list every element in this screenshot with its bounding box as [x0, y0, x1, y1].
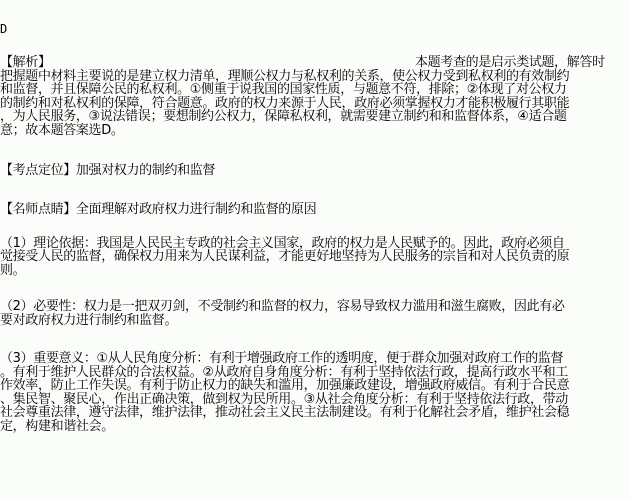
section-3-line: 定，构建和谐社会。	[0, 420, 114, 434]
section-1-line: 则。	[0, 264, 25, 278]
section-2-line: 要对政府权力进行制约和监督。	[0, 314, 177, 328]
section-3-line: （3）重要意义：①从人民角度分析：有利于增强政府工作的透明度，便于群众加强对政府…	[0, 352, 563, 366]
answer-document: D 【解析】 本题考查的是启示类试题，解答时 把握题中材料主要说的是建立权力清单…	[0, 0, 630, 500]
analysis-header-line: 【解析】 本题考查的是启示类试题，解答时	[0, 56, 51, 70]
analysis-line: 意；故本题答案选D。	[0, 124, 124, 138]
answer-choice: D	[0, 22, 7, 36]
teacher-note-text: 全面理解对政府权力进行制约和监督的原因	[76, 202, 316, 217]
teacher-note-line: 【名师点睛】全面理解对政府权力进行制约和监督的原因	[0, 203, 316, 217]
section-3-line: 社会尊重法律，遵守法律，维护法律，推动社会主义民主法制建设。有利于化解社会矛盾，…	[0, 406, 569, 420]
section-2-line: （2）必要性：权力是一把双刃剑，不受制约和监督的权力，容易导致权力滥用和滋生腐败…	[0, 300, 565, 314]
exam-point-header: 【考点定位】	[0, 163, 76, 178]
analysis-header: 【解析】	[0, 55, 51, 70]
section-1-line: 觉接受人民的监督，确保权力用来为人民谋利益，才能更好地坚持为人民服务的宗旨和对人…	[0, 250, 569, 264]
exam-point-line: 【考点定位】加强对权力的制约和监督	[0, 164, 215, 178]
section-3-line: 作效率，防止工作失误。有利于防止权力的缺失和滥用，加强廉政建设，增强政府威信。有…	[0, 379, 569, 393]
analysis-line: ，为人民服务，③说法错误；要想制约公权力，保障私权利，就需要建立制约和和监督体系…	[0, 110, 567, 124]
analysis-line: 和监督，并且保障公民的私权利。①侧重于说我国的国家性质，与题意不符，排除；②体现…	[0, 83, 567, 97]
analysis-intro: 本题考查的是启示类试题，解答时	[415, 56, 605, 70]
teacher-note-header: 【名师点睛】	[0, 202, 76, 217]
exam-point-text: 加强对权力的制约和监督	[76, 163, 215, 178]
